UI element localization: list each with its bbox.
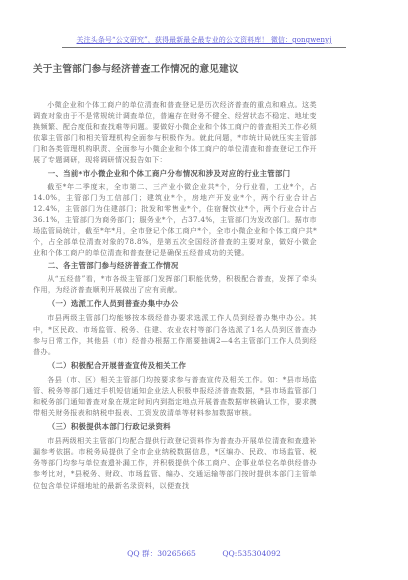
subsection-3-heading: （三）积极提供本部门行政记录资料 (33, 421, 317, 433)
intro-paragraph: 小微企业和个体工商户的单位清查和普查登记是历次经济普查的重点和难点。这类调查对象… (33, 99, 317, 166)
footer-contact: QQ 群：30265665 QQ:535304092 (0, 548, 408, 559)
qq-group-text: QQ 群：30265665 (127, 549, 196, 558)
section-1-body: 截至*年二季度末，全市第二、三产业小微企业共*个，分行业看，工业*个，占14.0… (33, 181, 317, 259)
top-banner: 关注头条号“公文研究”，获得最新最全最专业的公文资料库！ 微信：gongweny… (62, 27, 346, 48)
subsection-2-body: 各县（市、区）相关主管部门均按要求参与普查宣传及相关工作。如：*县市场监管、税务… (33, 374, 317, 418)
banner-link[interactable]: 关注头条号“公文研究”，获得最新最全最专业的公文资料库！ 微信：gongweny… (77, 36, 332, 44)
section-1-heading: 一、当前*市小微企业和个体工商户分布情况和涉及对应的行业主管部门 (33, 168, 317, 180)
document-title: 关于主管部门参与经济普查工作情况的意见建议 (33, 64, 317, 76)
qq-text: QQ:535304092 (222, 549, 281, 558)
document-body: 关于主管部门参与经济普查工作情况的意见建议 小微企业和个体工商户的单位清查和普查… (33, 64, 317, 491)
subsection-1-body: 市县两级主管部门均能够按本级经普办要求选派工作人员到经普办集中办公。其中，*区民… (33, 312, 317, 356)
subsection-1-heading: （一）选派工作人员到普查办集中办公 (33, 298, 317, 310)
subsection-2-heading: （二）积极配合开展普查宣传及相关工作 (33, 360, 317, 372)
section-2-body: 从“五经普”看，*市各级主管部门发挥部门职能优势，积极配合普查，发挥了牵头作用，… (33, 273, 317, 295)
section-2-heading: 二、各主管部门参与经济普查工作情况 (33, 260, 317, 272)
subsection-3-body: 市县两级相关主管部门均配合提供行政登记资料作为普查办开展单位清查和查遗补漏参考依… (33, 435, 317, 490)
